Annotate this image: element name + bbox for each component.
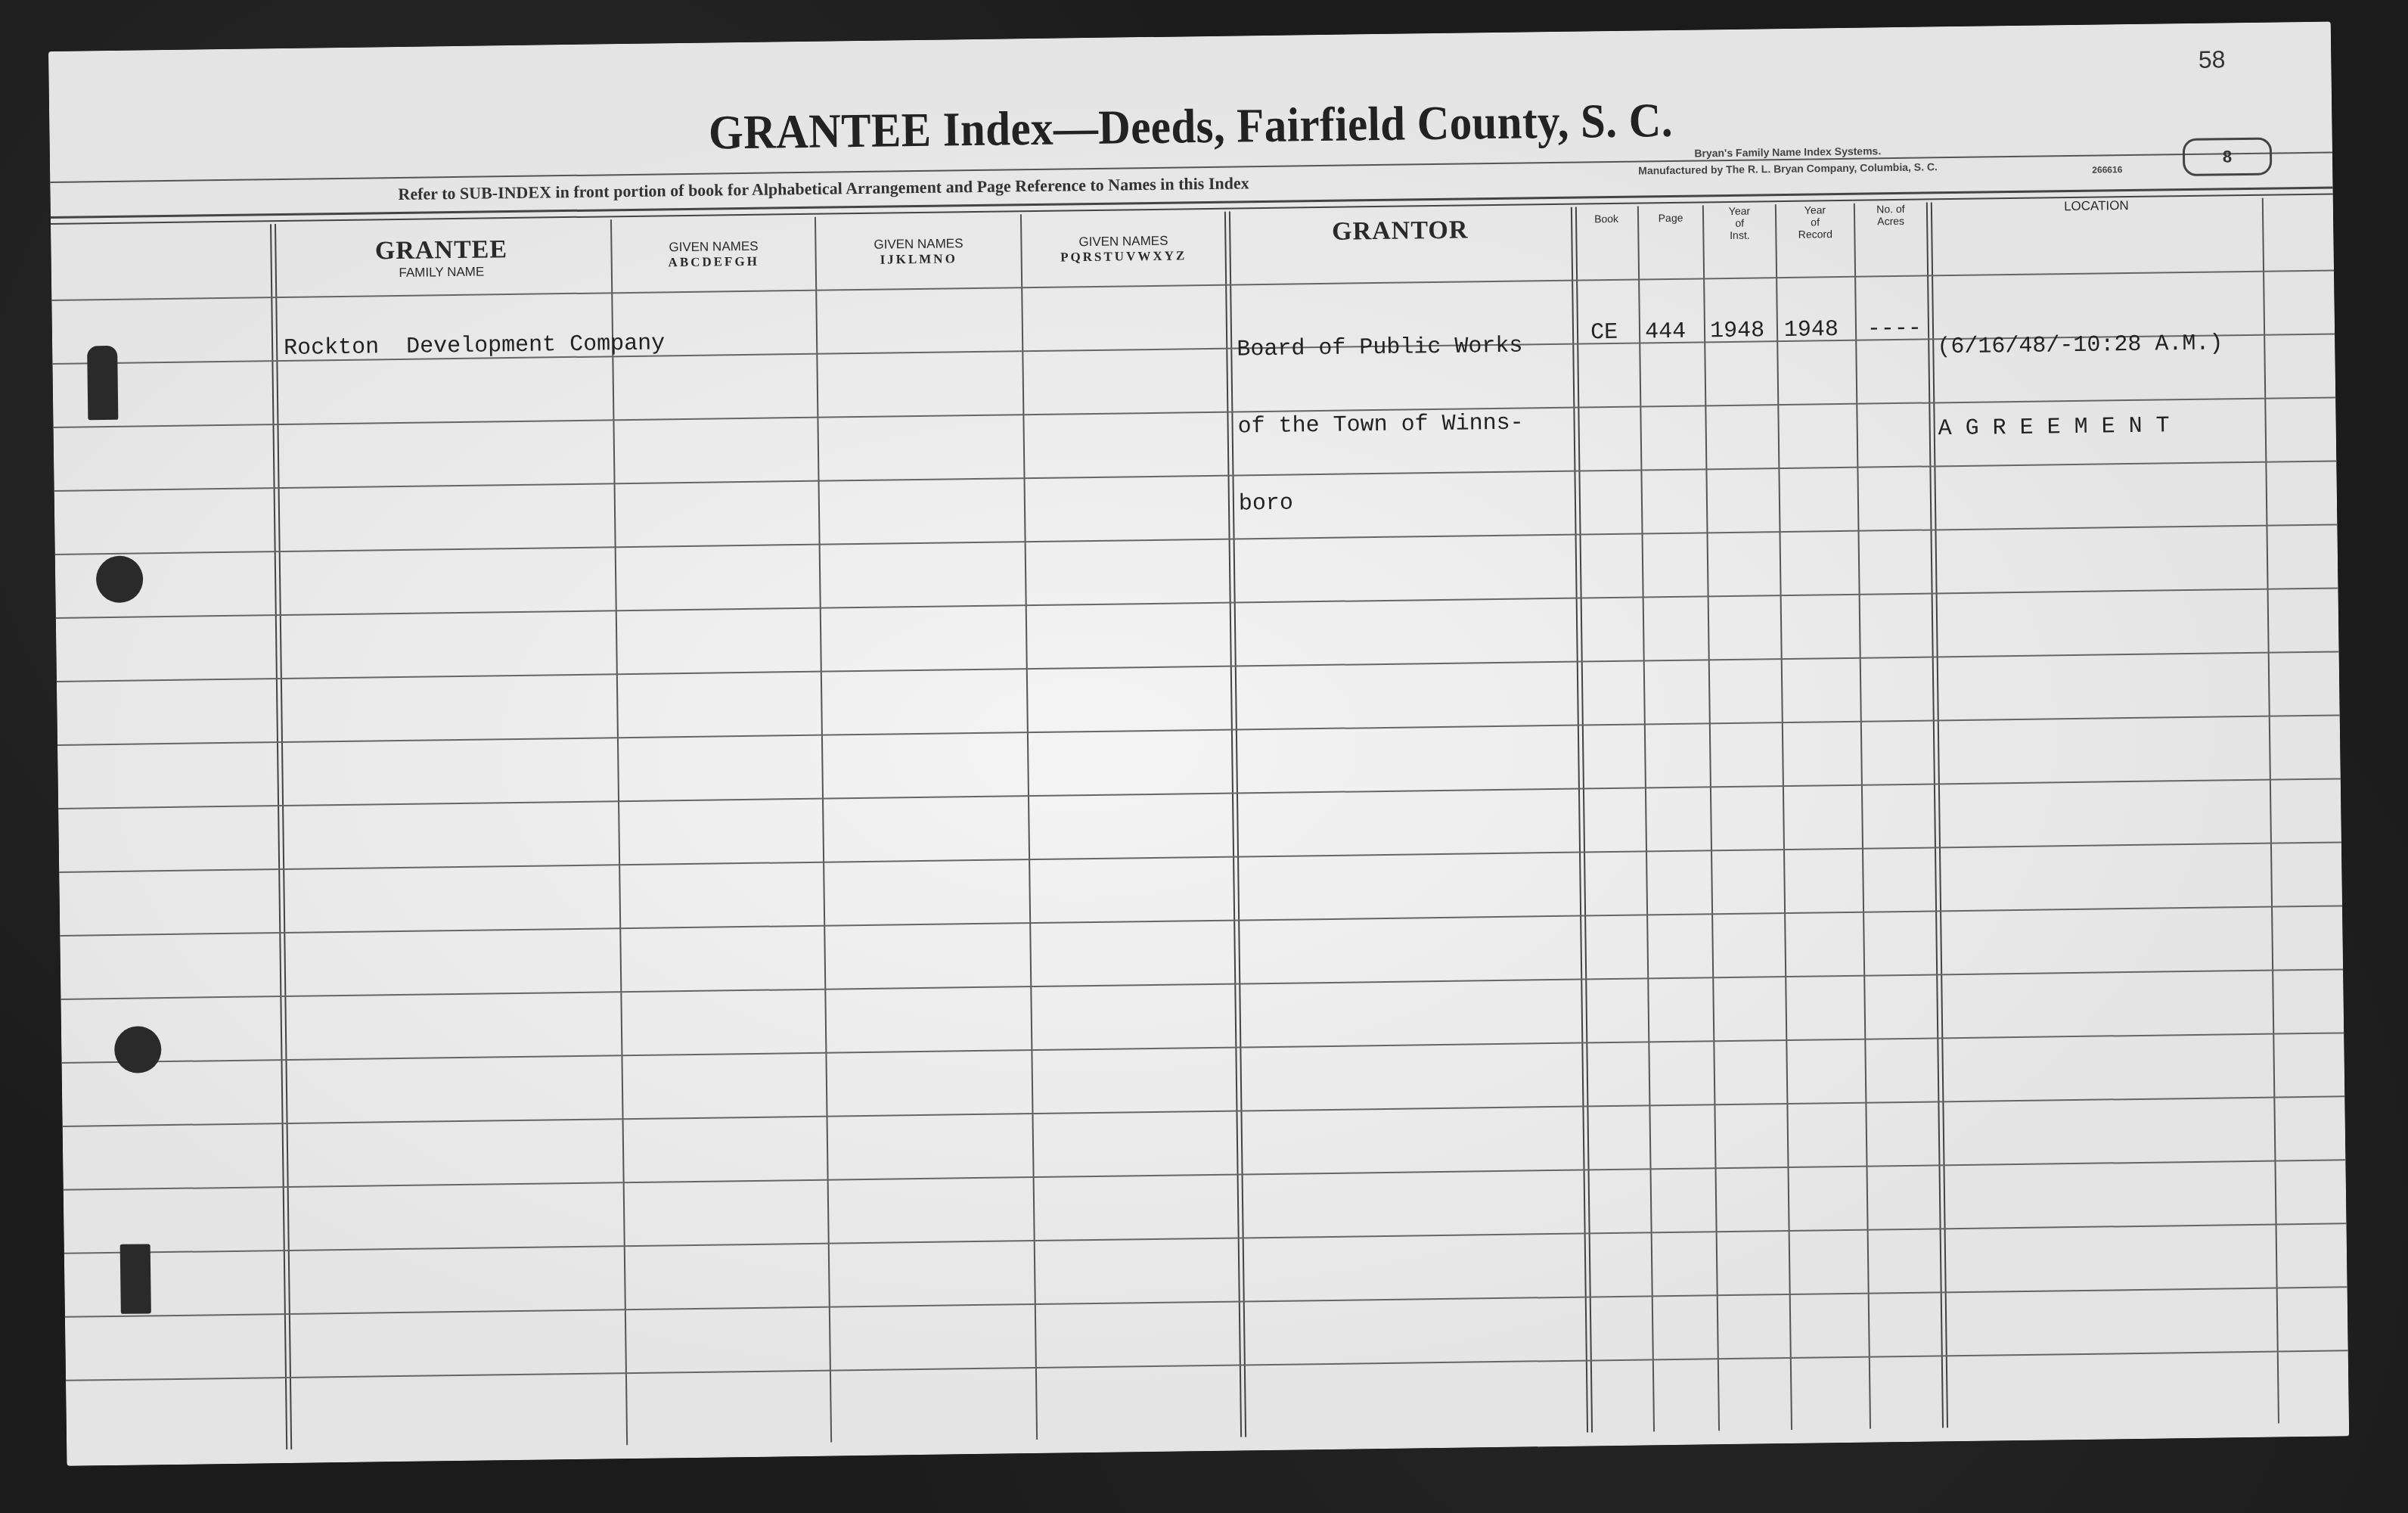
header-year-of-inst: Year of Inst.	[1704, 204, 1776, 278]
binding-slot	[120, 1244, 151, 1314]
column-divider	[270, 224, 292, 1449]
row-divider	[65, 1286, 2347, 1318]
grantor-heading: GRANTOR	[1332, 216, 1469, 246]
entry-page: 444	[1645, 319, 1686, 346]
entry-acres: ----	[1867, 316, 1922, 343]
row-divider	[64, 1159, 2346, 1191]
column-divider	[1854, 203, 1871, 1429]
grantee-heading: GRANTEE	[375, 235, 508, 266]
heading-line: Acres	[1877, 215, 1904, 227]
given-names-heading: GIVEN NAMES	[1078, 234, 1168, 250]
column-divider	[1020, 214, 1038, 1440]
letter-range: IJKLMNO	[880, 251, 957, 267]
heading-line: Inst.	[1730, 229, 1750, 241]
row-divider	[58, 778, 2341, 809]
maker-line-2: Manufactured by The R. L. Bryan Company,…	[1638, 158, 1938, 179]
sub-index-note: Refer to SUB-INDEX in front portion of b…	[398, 173, 1249, 204]
index-table: GRANTEE FAMILY NAME GIVEN NAMES ABCDEFGH…	[51, 197, 2349, 1452]
location-line: (6/16/48/-10:28 A.M.)	[1937, 330, 2223, 361]
entry-year-of-record: 1948	[1784, 317, 1839, 343]
book-heading: Book	[1594, 213, 1618, 225]
heading-line: No. of	[1876, 203, 1905, 215]
heading-line: of	[1735, 217, 1744, 229]
column-divider	[610, 219, 628, 1445]
entry-location: (6/16/48/-10:28 A.M.) A G R E E M E N T	[1936, 275, 2225, 497]
location-heading: LOCATION	[2064, 200, 2129, 213]
letter-range: ABCDEFGH	[668, 254, 759, 271]
binding-slot	[87, 346, 118, 421]
row-divider	[57, 714, 2340, 746]
column-divider	[1637, 206, 1655, 1431]
header-grantee: GRANTEE FAMILY NAME	[272, 219, 611, 297]
row-divider	[60, 905, 2342, 937]
grantor-line: of the Town of Winns-	[1237, 411, 1523, 440]
column-divider	[1775, 204, 1792, 1430]
grantor-line: boro	[1239, 488, 1525, 517]
grantor-line: Board of Public Works	[1237, 334, 1522, 363]
row-divider	[55, 523, 2338, 555]
row-divider	[56, 587, 2338, 619]
row-divider	[66, 1350, 2348, 1381]
column-divider	[1702, 205, 1720, 1431]
header-given-names-a-h: GIVEN NAMES ABCDEFGH	[612, 217, 815, 292]
heading-line: Record	[1798, 228, 1832, 241]
index-tab-badge: 8	[2183, 138, 2273, 177]
header-book: Book	[1575, 207, 1638, 280]
entry-year-of-inst: 1948	[1710, 318, 1764, 344]
given-names-heading: GIVEN NAMES	[669, 239, 758, 256]
row-divider	[61, 968, 2343, 1000]
manufacturer-note: Bryan's Family Name Index Systems. Manuf…	[1638, 141, 1938, 179]
row-divider	[59, 841, 2341, 873]
header-given-names-p-z: GIVEN NAMES PQRSTUVWXYZ	[1022, 212, 1225, 287]
heading-line: Year	[1804, 203, 1826, 216]
index-page: 58 GRANTEE Index—Deeds, Fairfield County…	[48, 21, 2349, 1465]
family-name-subheading: FAMILY NAME	[399, 264, 484, 280]
form-number: 266616	[2092, 164, 2122, 176]
page-heading: Page	[1659, 212, 1683, 224]
row-divider	[61, 1032, 2344, 1064]
entry-grantee: Rockton Development Company	[284, 331, 665, 362]
entry-grantor: Board of Public Works of the Town of Win…	[1236, 282, 1525, 569]
row-divider	[64, 1223, 2347, 1254]
header-given-names-i-o: GIVEN NAMES IJKLMNO	[816, 214, 1021, 290]
header-grantor: GRANTOR	[1229, 207, 1572, 284]
column-divider	[2262, 198, 2279, 1424]
heading-line: of	[1811, 216, 1820, 228]
column-divider	[815, 217, 832, 1443]
page-number: 58	[2199, 45, 2226, 73]
given-names-heading: GIVEN NAMES	[874, 236, 963, 253]
entry-book: CE	[1590, 320, 1618, 346]
heading-line: Year	[1729, 205, 1751, 217]
location-line: A G R E E M E N T	[1938, 412, 2225, 443]
header-acres: No. of Acres	[1855, 203, 1927, 276]
header-page: Page	[1639, 205, 1703, 278]
row-divider	[57, 651, 2339, 682]
row-divider	[63, 1095, 2345, 1127]
column-divider	[1571, 207, 1593, 1433]
header-year-of-record: Year of Record	[1777, 203, 1854, 277]
header-location: LOCATION	[1931, 198, 2263, 248]
letter-range: PQRSTUVWXYZ	[1060, 248, 1187, 265]
